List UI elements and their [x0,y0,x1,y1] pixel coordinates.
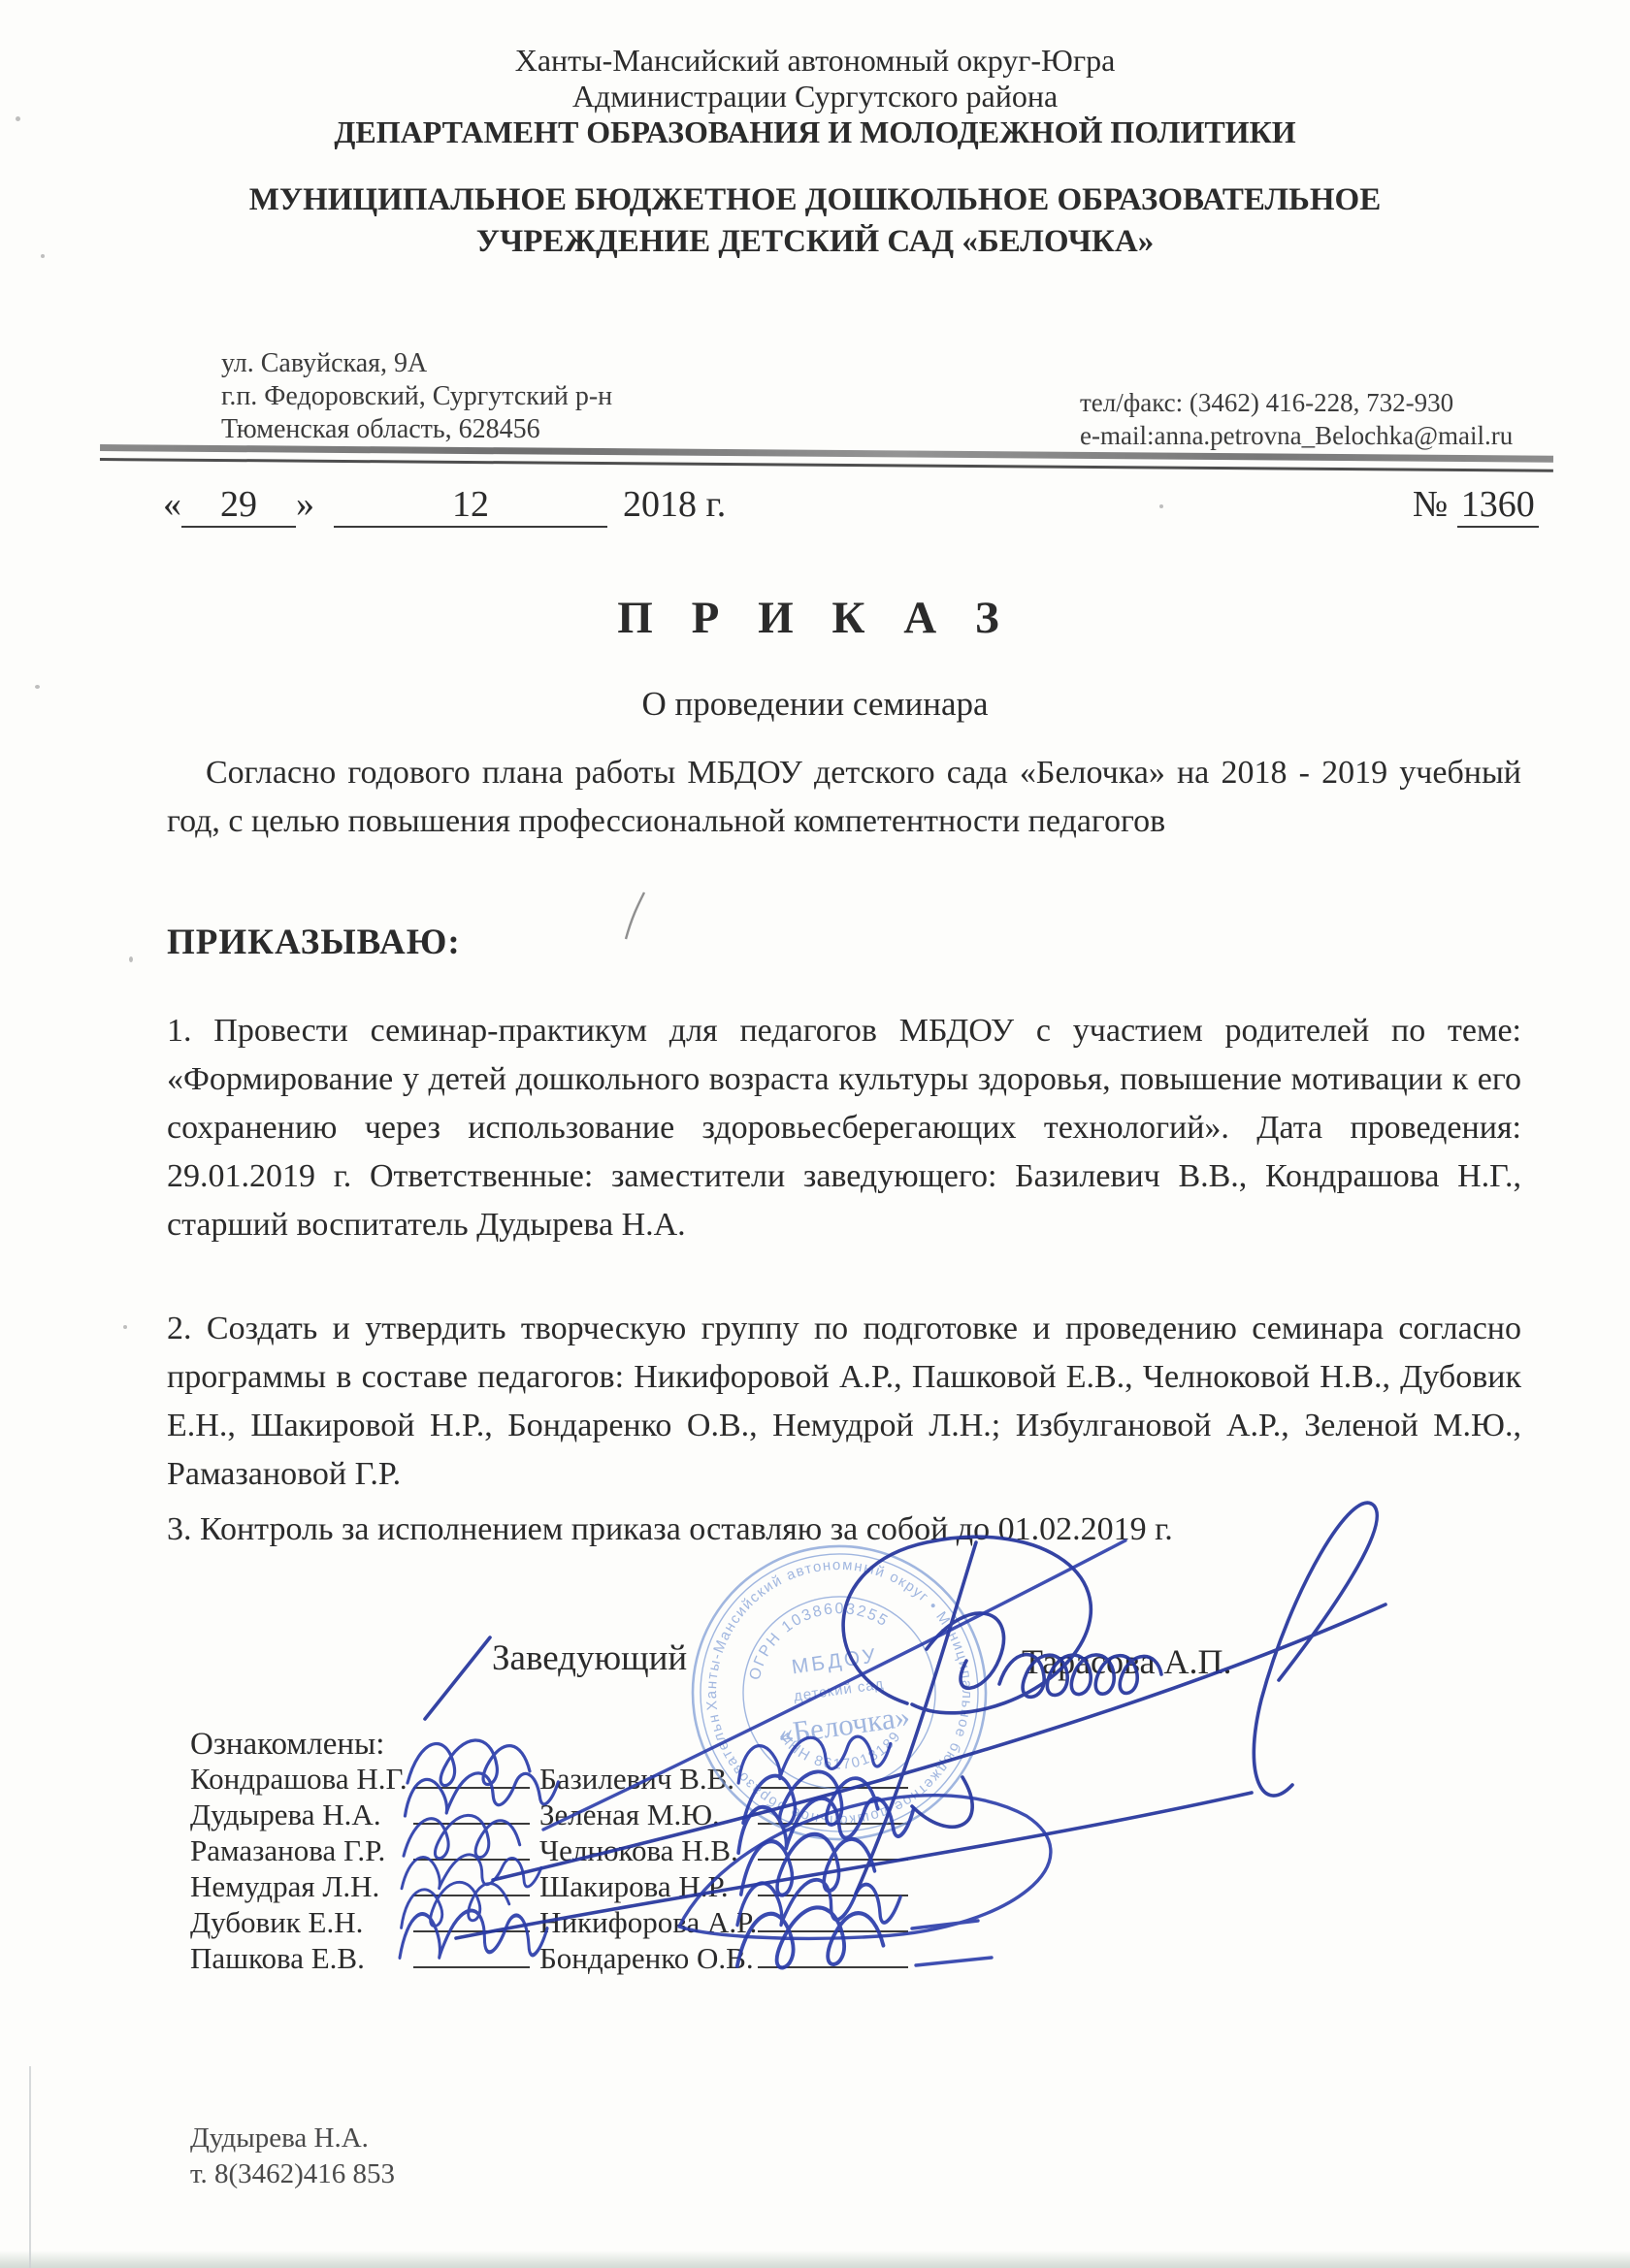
year-field: 2018 г. [623,484,726,525]
letterhead: Ханты-Мансийский автономный округ-Югра А… [0,43,1630,263]
signer-name: Тарасова А.П. [1022,1641,1232,1682]
scan-speck [41,254,45,258]
stamp-ogrn-text: ОГРН 1038603255 [738,1593,898,1684]
acknowledged-label: Ознакомлены: [190,1727,384,1763]
ack-name-left: Дубовик Е.Н. [190,1905,413,1940]
day-field: 29 [181,483,296,528]
ack-row: Рамазанова Г.Р.Челнокова Н.В. [190,1833,908,1869]
signature-line [413,1833,530,1861]
ack-row: Кондрашова Н.Г.Базилевич В.В. [190,1762,908,1798]
signature-line [758,1941,908,1968]
scan-speck [129,956,133,962]
signature-line [413,1798,530,1825]
signature-line [413,1869,530,1896]
address-street: ул. Савуйская, 9А [221,347,612,380]
decree-word: ПРИКАЗЫВАЮ: [167,922,461,963]
number-value: 1360 [1457,483,1539,528]
contacts-block: тел/факс: (3462) 416-228, 732-930 e-mail… [1080,386,1513,452]
order-subtitle: О проведении семинара [0,685,1630,724]
scan-bottom-edge [0,2251,1630,2268]
stamp-center-line1: МБДОУ [790,1644,879,1678]
signature-line [758,1762,908,1789]
scan-speck [1159,504,1163,508]
ack-name-right: Базилевич В.В. [539,1762,758,1797]
pen-mark-artifact [626,892,644,939]
scan-speck [123,1325,127,1329]
executor-name: Дудырева Н.А. [190,2121,395,2156]
order-item-3: 3. Контроль за исполнением приказа остав… [167,1506,1521,1554]
date-line: «29»122018 г. [163,483,726,528]
address-block: ул. Савуйская, 9А г.п. Федоровский, Сург… [221,347,612,446]
address-town: г.п. Федоровский, Сургутский р-н [221,380,612,413]
stamp-center-line3: «Белочка» [776,1699,912,1751]
signature-line [758,1905,908,1932]
department-line: ДЕПАРТАМЕНТ ОБРАЗОВАНИЯ И МОЛОДЕЖНОЙ ПОЛ… [0,114,1630,150]
ack-name-right: Зеленая М.Ю. [539,1798,758,1832]
signature-line [413,1762,530,1789]
scanned-order-document: Ханты-Мансийский автономный округ-Югра А… [0,0,1630,2268]
order-item-2: 2. Создать и утвердить творческую группу… [167,1305,1521,1499]
ack-name-right: Челнокова Н.В. [539,1833,758,1868]
ack-name-left: Немудрая Л.Н. [190,1869,413,1904]
order-item-1: 1. Провести семинар-практикум для педаго… [167,1007,1521,1249]
signature-line [413,1905,530,1932]
ack-name-left: Рамазанова Г.Р. [190,1833,413,1868]
signature-line [758,1798,908,1825]
month-field: 12 [334,483,607,528]
signature-line [758,1833,908,1861]
document-number: № 1360 [1413,483,1539,528]
ack-row: Дубовик Е.Н.Никифорова А.Р. [190,1905,908,1941]
scan-speck [35,685,40,689]
ack-row: Немудрая Л.Н.Шакирова Н.Р. [190,1869,908,1905]
executor-phone: т. 8(3462)416 853 [190,2156,395,2192]
stamp-center-line2: детский сад [793,1676,885,1705]
phone-fax: тел/факс: (3462) 416-228, 732-930 [1080,386,1513,419]
open-quote: « [163,484,181,525]
scan-left-edge [29,2066,31,2268]
ack-row: Пашкова Е.В.Бондаренко О.В. [190,1941,908,1977]
executor-block: Дудырева Н.А. т. 8(3462)416 853 [190,2121,395,2192]
ack-name-right: Шакирова Н.Р. [539,1869,758,1904]
region-line: Ханты-Мансийский автономный округ-Югра [0,43,1630,79]
scan-speck [16,116,20,121]
ack-name-right: Никифорова А.Р. [539,1905,758,1940]
intro-paragraph: Согласно годового плана работы МБДОУ дет… [167,749,1521,846]
ack-row: Дудырева Н.А.Зеленая М.Ю. [190,1798,908,1833]
ack-name-left: Кондрашова Н.Г. [190,1762,413,1797]
number-sign: № [1413,484,1448,525]
address-region: Тюменская область, 628456 [221,413,612,446]
close-quote: » [296,484,314,525]
ack-name-right: Бондаренко О.В. [539,1941,758,1976]
administration-line: Администрации Сургутского района [0,79,1630,114]
svg-text:ОГРН 1038603255: ОГРН 1038603255 [738,1593,898,1684]
order-title: П Р И К А З [0,592,1630,644]
ack-name-left: Дудырева Н.А. [190,1798,413,1832]
acknowledged-list: Кондрашова Н.Г.Базилевич В.В. Дудырева Н… [190,1762,908,1977]
email: e-mail:anna.petrovna_Belochka@mail.ru [1080,419,1513,452]
signature-line [758,1869,908,1896]
signature-line [413,1941,530,1968]
organization-name: МУНИЦИПАЛЬНОЕ БЮДЖЕТНОЕ ДОШКОЛЬНОЕ ОБРАЗ… [179,179,1451,263]
ack-name-left: Пашкова Е.В. [190,1941,413,1976]
signer-position: Заведующий [492,1637,687,1679]
